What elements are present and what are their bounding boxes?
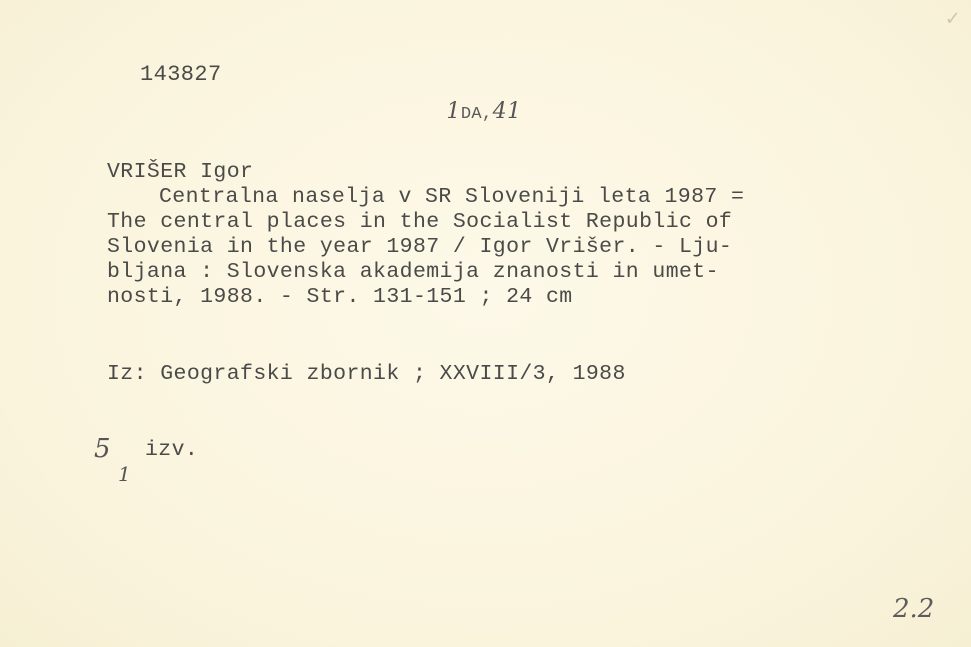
check-mark-icon: ✓ <box>946 6 959 32</box>
handwritten-prefix: 1 <box>446 99 460 124</box>
copies-label: izv. <box>145 438 198 463</box>
accession-number: 143827 <box>140 62 222 87</box>
description-line: Slovenia in the year 1987 / Igor Vrišer.… <box>107 235 732 260</box>
description-line: nosti, 1988. - Str. 131-151 ; 24 cm <box>107 285 573 310</box>
description-line: Centralna naselja v SR Sloveniji leta 19… <box>107 185 744 210</box>
handwritten-copy-sub: 1 <box>118 462 131 486</box>
typed-class: DA, <box>461 105 493 124</box>
handwritten-copy-count: 5 <box>94 434 111 464</box>
source-note: Iz: Geografski zbornik ; XXVIII/3, 1988 <box>107 362 626 387</box>
shelf-note: 2.2 <box>893 594 934 624</box>
author-heading: VRIŠER Igor <box>107 160 253 185</box>
description-line: The central places in the Socialist Repu… <box>107 210 732 235</box>
classification-mark: 1DA,41 <box>404 74 521 152</box>
handwritten-suffix: 41 <box>493 99 522 124</box>
description-line: bljana : Slovenska akademija znanosti in… <box>107 260 719 285</box>
catalog-card: 143827 1DA,41 VRIŠER Igor Centralna nase… <box>0 0 971 647</box>
